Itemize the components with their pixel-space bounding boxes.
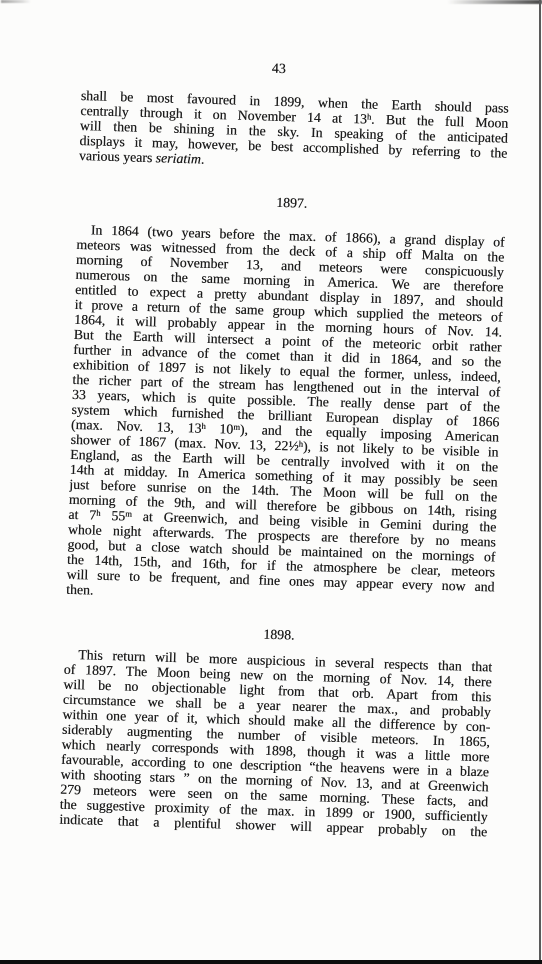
scan-bottom-bar [0, 960, 542, 964]
scanned-book-page: 43 shall be most favoured in 1899, when … [0, 0, 542, 964]
page-edge-line [539, 0, 541, 964]
text-sections: shall be most favoured in 1899, when the… [59, 88, 509, 839]
page-content: 43 shall be most favoured in 1899, when … [59, 56, 510, 839]
section-heading: 1898. [65, 621, 493, 649]
paragraph: This return will be more auspicious in s… [59, 647, 492, 840]
scan-smudge-top-left [1, 0, 31, 3]
paragraph: In 1864 (two years before the max. of 18… [66, 222, 505, 610]
page-number: 43 [82, 56, 476, 83]
section-heading: 1897. [78, 189, 506, 217]
scan-smudge-top-right [447, 0, 542, 4]
paragraph: shall be most favoured in 1899, when the… [79, 88, 509, 176]
